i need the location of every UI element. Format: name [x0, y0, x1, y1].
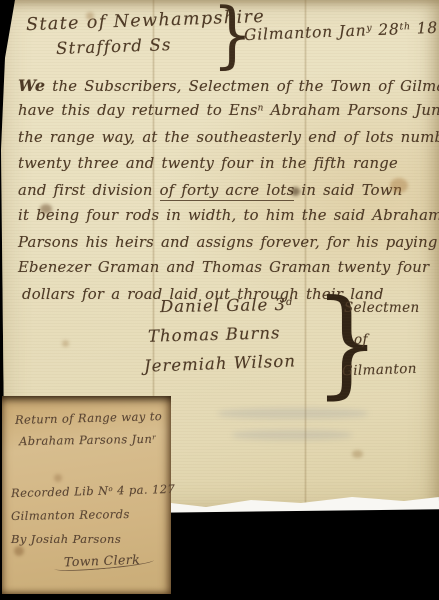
note-recorded-pre: Recorded Lib N	[11, 484, 109, 501]
note-records-line: Gilmanton Records	[11, 507, 130, 523]
dateline-year: 1815	[411, 18, 439, 38]
stain-spot	[352, 450, 363, 458]
signature-daniel-gale: Daniel Gale 3d	[160, 295, 294, 316]
note-clerk-signature: By Josiah Parsons	[11, 532, 121, 546]
body-line-5-underlined: of forty acre lots	[160, 182, 295, 201]
signature-thomas-burns: Thomas Burns	[148, 323, 281, 345]
signature-role-of: of	[354, 332, 368, 348]
dateline-sup-th: th	[399, 21, 411, 32]
body-line-1: We the Subscribers, Selectmen of the Tow…	[18, 76, 439, 95]
document-scan: State of Newhampshire Strafford Ss } Gil…	[0, 0, 439, 600]
signature-jeremiah-wilson: Jeremiah Wilson	[144, 351, 296, 375]
header-dateline: Gilmanton Jany 28th 1815	[244, 18, 439, 44]
note-title-line-1: Return of Range way to	[15, 409, 162, 427]
signature-brace: }	[314, 274, 381, 411]
signature-role-gilmanton: Gilmanton	[342, 361, 417, 380]
ink-showthrough-smudge	[232, 430, 352, 440]
body-line-6: it being four rods in width, to him the …	[18, 207, 439, 224]
stain-spot	[62, 340, 69, 347]
note-recorded-post: 4 pa. 127	[113, 482, 175, 498]
signature-role-selectmen: Selectmen	[344, 300, 420, 316]
stain-spot	[54, 474, 62, 482]
docket-note: Return of Range way to Abraham Parsons J…	[2, 396, 171, 594]
body-line-5: and first division of forty acre lots in…	[18, 182, 403, 199]
note-recorded-line: Recorded Lib No 4 pa. 127	[11, 482, 175, 500]
body-line-4: twenty three and twenty four in the fift…	[18, 155, 398, 172]
body-line-7: Parsons his heirs and assigns forever, f…	[18, 234, 438, 251]
body-line-1-emphasis: We	[18, 76, 45, 95]
body-line-2-mid: Abraham Parsons Jun	[264, 102, 439, 119]
body-line-5-post: in said Town	[294, 182, 402, 199]
note-title-name-sup: r	[152, 433, 156, 441]
stain-spot	[14, 546, 24, 556]
body-line-2: have this day returned to Ensn Abraham P…	[18, 102, 439, 119]
body-line-5-pre: and first division	[18, 182, 160, 199]
note-title-name: Abraham Parsons Jun	[19, 432, 152, 448]
body-line-3: the range way, at the southeasterly end …	[18, 129, 439, 146]
dateline-place: Gilmanton Jan	[244, 21, 367, 44]
body-line-2-pre: have this day returned to Ens	[18, 102, 258, 119]
signature-daniel-gale-sup: d	[286, 297, 294, 308]
note-title-line-2: Abraham Parsons Junr	[19, 432, 156, 448]
dateline-day: 28	[372, 20, 400, 39]
signature-daniel-gale-text: Daniel Gale 3	[160, 295, 286, 316]
body-line-1-text: the Subscribers, Selectmen of the Town o…	[45, 78, 439, 95]
header-county-line: Strafford Ss	[56, 35, 172, 58]
